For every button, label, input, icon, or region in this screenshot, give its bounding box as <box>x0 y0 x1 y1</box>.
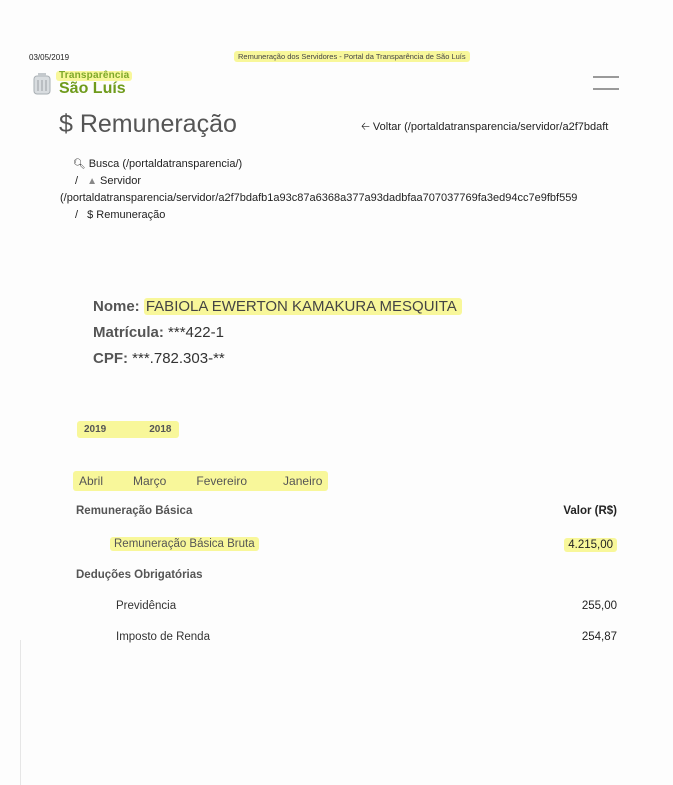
table-row: Previdência 255,00 <box>76 600 617 612</box>
employee-cpf-row: CPF: ***.782.303-** <box>93 346 462 372</box>
city-coat-of-arms-icon <box>33 72 51 96</box>
tab-month-fevereiro[interactable]: Fevereiro <box>196 474 247 488</box>
breadcrumb-servidor-url[interactable]: (/portaldatransparencia/servidor/a2f7bda… <box>60 192 577 204</box>
search-icon: 🔍︎ <box>73 159 86 170</box>
breadcrumb-separator: / <box>75 175 78 187</box>
year-tabs: 2019 2018 <box>77 421 179 438</box>
employee-cpf: ***.782.303-** <box>132 350 225 367</box>
table-header: Remuneração Básica Valor (R$) <box>76 505 617 517</box>
breadcrumb-search-link[interactable]: 🔍︎Busca (/portaldatransparencia/) <box>73 158 242 170</box>
row-value: 255,00 <box>582 600 617 612</box>
row-value: 254,87 <box>582 631 617 643</box>
breadcrumb: 🔍︎Busca (/portaldatransparencia/) / ▲Ser… <box>73 156 577 224</box>
registration-label: Matrícula: <box>93 324 164 341</box>
breadcrumb-servidor-link[interactable]: ▲Servidor <box>87 175 141 187</box>
employee-registration-row: Matrícula: ***422-1 <box>93 320 462 346</box>
employee-name: FABIOLA EWERTON KAMAKURA MESQUITA <box>144 298 462 315</box>
tab-month-abril[interactable]: Abril <box>79 474 103 488</box>
row-label: Previdência <box>76 600 176 612</box>
tab-year-2019[interactable]: 2019 <box>84 424 106 435</box>
tab-month-janeiro[interactable]: Janeiro <box>283 474 322 488</box>
row-label: Remuneração Básica Bruta <box>110 537 259 551</box>
table-header-label: Remuneração Básica <box>76 505 192 517</box>
user-icon: ▲ <box>87 176 97 187</box>
back-link[interactable]: 🡠Voltar (/portaldatransparencia/servidor… <box>361 118 608 137</box>
hamburger-menu-icon[interactable] <box>593 73 619 93</box>
logo-text-bottom: São Luís <box>56 81 132 97</box>
row-label: Imposto de Renda <box>76 631 210 643</box>
print-date: 03/05/2019 <box>29 53 69 62</box>
tab-month-marco[interactable]: Março <box>133 474 166 488</box>
print-title: Remuneração dos Servidores - Portal da T… <box>234 51 470 62</box>
back-link-label: Voltar (/portaldatransparencia/servidor/… <box>373 121 608 133</box>
month-tabs: Abril Março Fevereiro Janeiro <box>73 471 328 491</box>
breadcrumb-current: $ Remuneração <box>87 209 165 221</box>
tab-year-2018[interactable]: 2018 <box>149 424 171 435</box>
site-logo[interactable]: Transparência São Luís <box>33 71 132 97</box>
employee-registration: ***422-1 <box>168 324 224 341</box>
section-label: Deduções Obrigatórias <box>76 569 203 581</box>
table-row: Imposto de Renda 254,87 <box>76 631 617 643</box>
employee-name-row: Nome: FABIOLA EWERTON KAMAKURA MESQUITA <box>93 294 462 320</box>
cpf-label: CPF: <box>93 350 128 367</box>
table-section-row: Deduções Obrigatórias <box>76 569 617 581</box>
arrow-left-icon: 🡠 <box>361 121 370 133</box>
table-row: Remuneração Básica Bruta 4.215,00 <box>76 538 617 552</box>
employee-info: Nome: FABIOLA EWERTON KAMAKURA MESQUITA … <box>93 294 462 372</box>
row-value: 4.215,00 <box>564 538 617 552</box>
name-label: Nome: <box>93 298 140 315</box>
breadcrumb-separator: / <box>75 209 78 221</box>
page-edge <box>20 640 21 785</box>
table-header-value: Valor (R$) <box>563 505 617 517</box>
page-title: $ Remuneração <box>59 110 237 139</box>
